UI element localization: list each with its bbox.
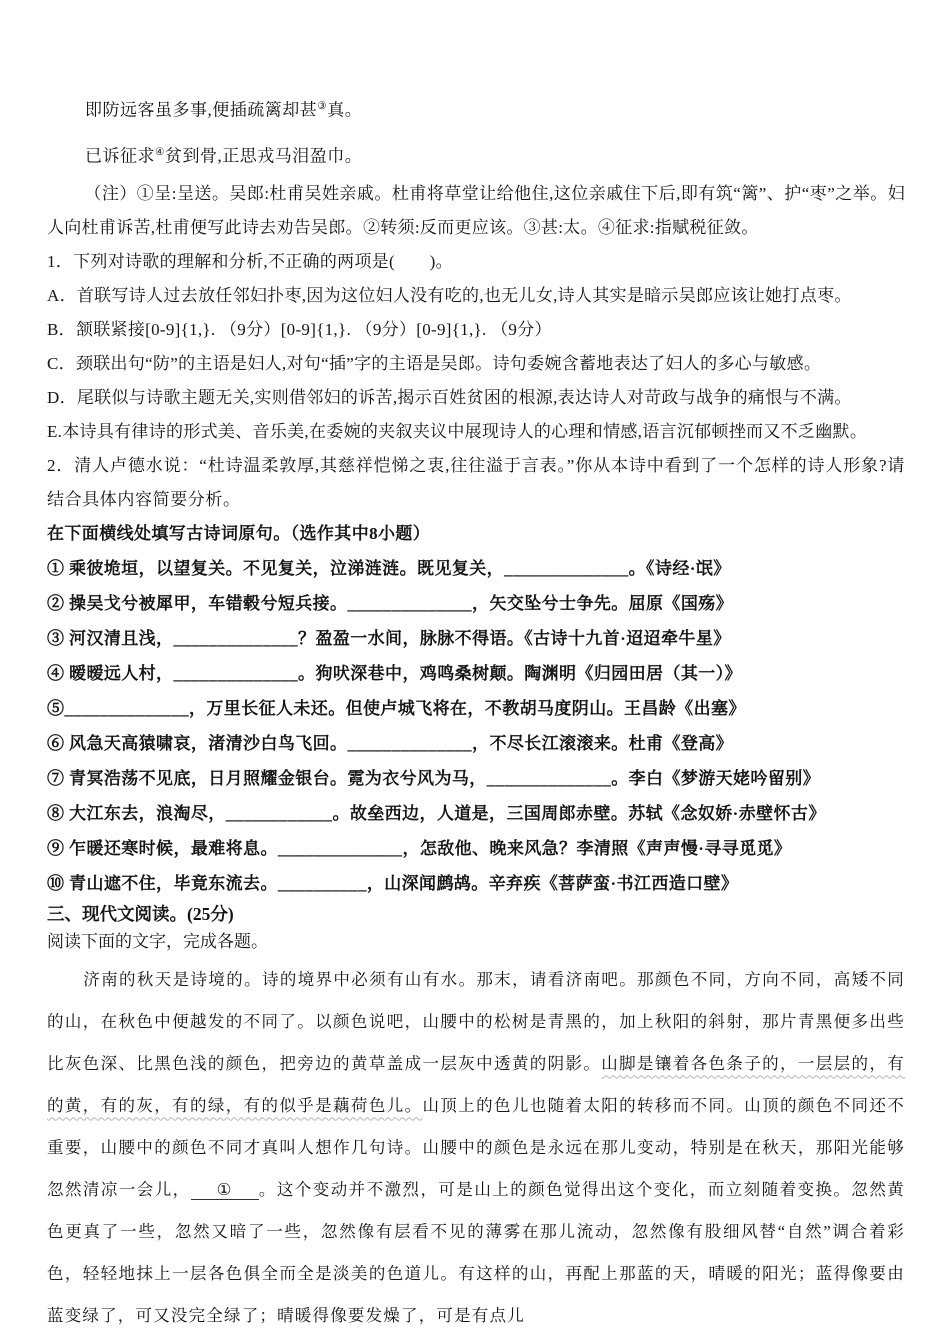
poem-line-1-text: 即防远客虽多事,便插疏篱却甚: [85, 101, 317, 120]
poem-line-1: 即防远客虽多事,便插疏篱却甚③真。: [85, 86, 905, 132]
exam-document-page: 即防远客虽多事,便插疏篱却甚③真。 已诉征求④贫到骨,正思戎马泪盈巾。 （注）①…: [0, 0, 950, 1344]
fill-item-10: ⑩ 青山遮不住，毕竟东流去。__________，山深闻鹧鸪。辛弃疾《菩萨蛮·书…: [47, 866, 905, 901]
fill-item-8: ⑧ 大江东去，浪淘尽，____________。故垒西边，人道是，三国周郎赤壁。…: [47, 796, 905, 831]
poem-line-2-end: 贫到骨,正思戎马泪盈巾。: [165, 146, 362, 165]
question-1-option-a: A．首联写诗人过去放任邻妇扑枣,因为这位妇人没有吃的,也无儿女,诗人其实是暗示吴…: [47, 279, 905, 313]
question-2-stem: 2．清人卢德水说：“杜诗温柔敦厚,其慈祥恺悌之衷,往往溢于言表。”你从本诗中看到…: [47, 449, 905, 517]
fill-item-3: ③ 河汉清且浅，______________？盈盈一水间，脉脉不得语。《古诗十九…: [47, 621, 905, 656]
fill-item-6: ⑥ 风急天高猿啸哀，渚清沙白鸟飞回。______________，不尽长江滚滚来…: [47, 726, 905, 761]
question-1-option-e: E.本诗具有律诗的形式美、音乐美,在委婉的夹叙夹议中展现诗人的心理和情感,语言沉…: [47, 415, 905, 449]
poem-line-2-text: 已诉征求: [85, 146, 155, 165]
section-3-title: 三、现代文阅读。(25分): [47, 901, 905, 928]
poem-line-2: 已诉征求④贫到骨,正思戎马泪盈巾。: [85, 132, 905, 178]
fill-item-4: ④ 暧暧远人村，______________。狗吠深巷中，鸡鸣桑树颠。陶渊明《归…: [47, 656, 905, 691]
fill-item-5: ⑤______________，万里长征人未还。但使卢城飞将在，不教胡马度阴山。…: [47, 691, 905, 726]
fill-item-9: ⑨ 乍暖还寒时候，最难将息。______________，怎敌他、晚来风急？李清…: [47, 831, 905, 866]
footnote-ref-3: ③: [317, 101, 327, 112]
reading-passage: 济南的秋天是诗境的。诗的境界中必须有山有水。那末，请看济南吧。那颜色不同，方向不…: [47, 959, 905, 1337]
passage-segment-3: 。这个变动并不激烈，可是山上的颜色觉得出这个变化，而立刻随着变换。忽然黄色更真了…: [47, 1180, 905, 1325]
question-1-option-d: D．尾联似与诗歌主题无关,实则借邻妇的诉苦,揭示百姓贫困的根源,表达诗人对苛政与…: [47, 381, 905, 415]
passage-blank-1: ①: [191, 1181, 259, 1200]
fill-item-7: ⑦ 青冥浩荡不见底，日月照耀金银台。霓为衣兮风为马，______________…: [47, 761, 905, 796]
reading-instructions: 阅读下面的文字，完成各题。: [47, 928, 905, 955]
question-1-stem: 1．下列对诗歌的理解和分析,不正确的两项是( )。: [47, 245, 905, 279]
poem-annotations: （注）①呈:呈送。吴郎:杜甫吴姓亲戚。杜甫将草堂让给他住,这位亲戚住下后,即有筑…: [47, 177, 905, 245]
fill-item-1: ① 乘彼垝垣，以望复关。不见复关，泣涕涟涟。既见复关，_____________…: [47, 551, 905, 586]
fill-item-2: ② 操吴戈兮被犀甲，车错毂兮短兵接。______________，矢交坠兮士争先…: [47, 586, 905, 621]
poem-line-1-end: 真。: [327, 101, 362, 120]
fill-in-section-header: 在下面横线处填写古诗词原句。（选作其中8小题）: [47, 517, 905, 551]
footnote-ref-4: ④: [155, 147, 165, 158]
question-1-option-c: C．颈联出句“防”的主语是妇人,对句“插”字的主语是吴郎。诗句委婉含蓄地表达了妇…: [47, 347, 905, 381]
question-1-option-b: B．颔联紧接[0-9]{1,}. （9分）[0-9]{1,}. （9分）[0-9…: [47, 313, 905, 347]
